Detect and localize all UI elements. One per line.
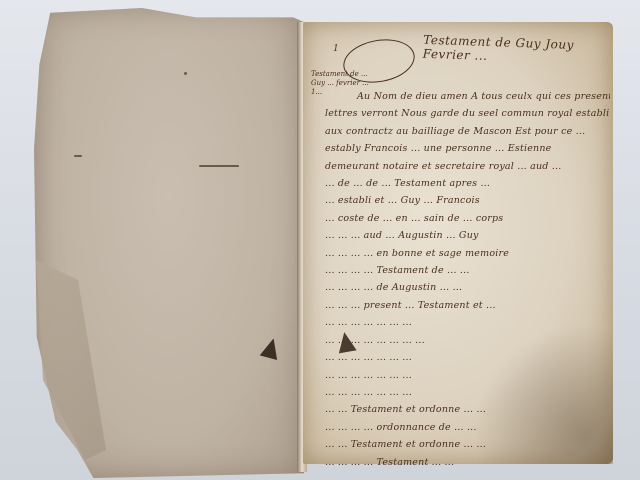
text-line: ... coste de ... en ... sain de ... corp…: [325, 210, 610, 227]
text-line: ... de ... de ... Testament apres ...: [325, 175, 610, 192]
text-line: ... ... ... present ... Testament et ...: [325, 297, 610, 314]
text-line: ... ... ... ... ... ... ...: [325, 314, 610, 331]
text-line: ... ... ... ... Testament ... ...: [325, 454, 610, 471]
ink-speck: [74, 155, 82, 157]
text-line: ... ... Testament et ordonne ... ...: [325, 401, 610, 418]
text-line: lettres verront Nous garde du seel commu…: [325, 105, 610, 122]
text-line: demeurant notaire et secretaire royal ..…: [325, 158, 610, 175]
text-line: ... ... ... ... ... ... ...: [325, 384, 610, 401]
page-number: 1: [333, 44, 339, 54]
ink-speck: [199, 165, 239, 167]
text-line: ... ... ... ... ordonnance de ... ...: [325, 419, 610, 436]
text-line: estably Francois ... une personne ... Es…: [325, 140, 610, 157]
text-line: ... ... ... aud ... Augustin ... Guy: [325, 227, 610, 244]
page-tear-icon: [260, 336, 283, 360]
text-line: aux contractz au bailliage de Mascon Est…: [325, 123, 610, 140]
ink-speck: [184, 72, 187, 75]
text-line: ... ... ... ... en bonne et sage memoire: [325, 245, 610, 262]
text-line: ... ... ... ... ... ... ... ...: [325, 332, 610, 349]
text-line: ... ... ... ... ... ... ...: [325, 367, 610, 384]
text-line: ... ... ... ... de Augustin ... ...: [325, 279, 610, 296]
manuscript-text: Au Nom de dieu amen A tous ceulx qui ces…: [325, 88, 610, 471]
manuscript-heading: Testament de Guy Jouy Fevrier ...: [423, 33, 614, 68]
text-line: ... ... Testament et ordonne ... ...: [325, 436, 610, 453]
text-line: Au Nom de dieu amen A tous ceulx qui ces…: [325, 88, 610, 105]
text-line: ... ... ... ... Testament de ... ...: [325, 262, 610, 279]
text-line: ... ... ... ... ... ... ...: [325, 349, 610, 366]
right-manuscript-page: 1 Testament de Guy Jouy Fevrier ... Test…: [303, 22, 613, 464]
text-line: ... establi et ... Guy ... Francois: [325, 192, 610, 209]
